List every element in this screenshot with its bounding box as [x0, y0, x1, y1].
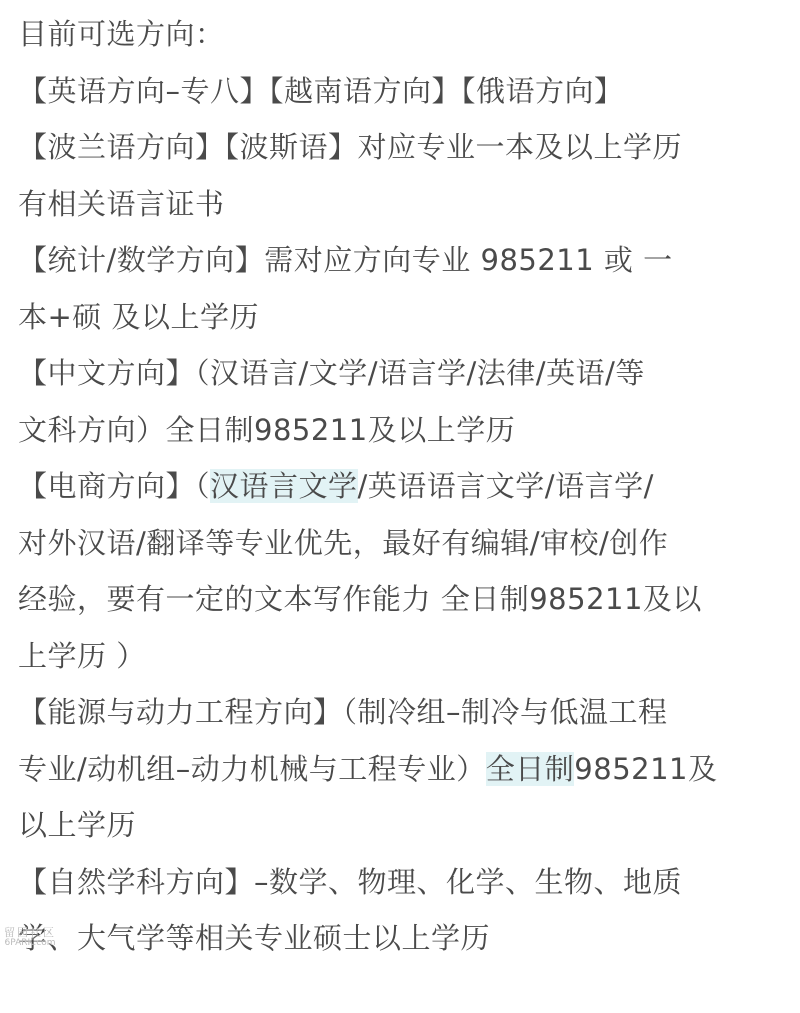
text: 【统计/数学方向】需对应方向专业 985211 或 一: [18, 243, 673, 277]
language-directions-line: 【英语方向–专八】【越南语方向】【俄语方向】: [18, 63, 788, 120]
text: 学、大气学等相关专业硕士以上学历: [18, 921, 490, 955]
chinese-direction-line: 【中文方向】（汉语言/文学/语言学/法律/英语/等: [18, 345, 788, 402]
highlighted-text: 全日制: [486, 752, 575, 786]
text: 【波兰语方向】【波斯语】对应专业一本及以上学历: [18, 130, 682, 164]
text: 以上学历: [18, 808, 136, 842]
text: 本+硕 及以上学历: [18, 300, 259, 334]
language-directions-line-2: 【波兰语方向】【波斯语】对应专业一本及以上学历: [18, 119, 788, 176]
energy-direction-line-2: 专业/动机组–动力机械与工程专业）全日制985211及: [18, 741, 788, 798]
text: 【中文方向】（汉语言/文学/语言学/法律/英语/等: [18, 356, 645, 390]
intro-line: 目前可选方向：: [18, 6, 788, 63]
language-cert-line: 有相关语言证书: [18, 176, 788, 233]
watermark-logo: 留园社区 6PARK.com: [4, 928, 56, 948]
text: 【能源与动力工程方向】（制冷组–制冷与低温工程: [18, 695, 668, 729]
watermark-top: 留园社区: [4, 928, 56, 938]
ecommerce-direction-line-2: 对外汉语/翻译等专业优先，最好有编辑/审校/创作: [18, 515, 788, 572]
text: 文科方向）全日制985211及以上学历: [18, 413, 515, 447]
text: 对外汉语/翻译等专业优先，最好有编辑/审校/创作: [18, 526, 668, 560]
text: 有相关语言证书: [18, 187, 225, 221]
text: 目前可选方向：: [18, 17, 225, 51]
watermark-bottom: 6PARK.com: [4, 938, 56, 948]
text: /英语语言文学/语言学/: [358, 469, 654, 503]
text: 专业/动机组–动力机械与工程专业）: [18, 752, 486, 786]
ecommerce-direction-line-4: 上学历 ）: [18, 628, 788, 685]
chinese-direction-line-2: 文科方向）全日制985211及以上学历: [18, 402, 788, 459]
natural-science-line-2: 学、大气学等相关专业硕士以上学历: [18, 910, 788, 967]
natural-science-line: 【自然学科方向】–数学、物理、化学、生物、地质: [18, 854, 788, 911]
text: 【英语方向–专八】【越南语方向】【俄语方向】: [18, 74, 624, 108]
stats-math-line: 【统计/数学方向】需对应方向专业 985211 或 一: [18, 232, 788, 289]
stats-math-line-2: 本+硕 及以上学历: [18, 289, 788, 346]
text: 上学历 ）: [18, 639, 146, 673]
energy-direction-line-3: 以上学历: [18, 797, 788, 854]
text: 经验，要有一定的文本写作能力 全日制985211及以: [18, 582, 702, 616]
highlighted-text: 汉语言文学: [210, 469, 358, 503]
ecommerce-direction-line: 【电商方向】（汉语言文学/英语语言文学/语言学/: [18, 458, 788, 515]
document-body: 目前可选方向： 【英语方向–专八】【越南语方向】【俄语方向】 【波兰语方向】【波…: [18, 6, 788, 967]
text: 【自然学科方向】–数学、物理、化学、生物、地质: [18, 865, 682, 899]
text: 【电商方向】（: [18, 469, 210, 503]
text: 985211及: [574, 752, 717, 786]
ecommerce-direction-line-3: 经验，要有一定的文本写作能力 全日制985211及以: [18, 571, 788, 628]
energy-direction-line: 【能源与动力工程方向】（制冷组–制冷与低温工程: [18, 684, 788, 741]
